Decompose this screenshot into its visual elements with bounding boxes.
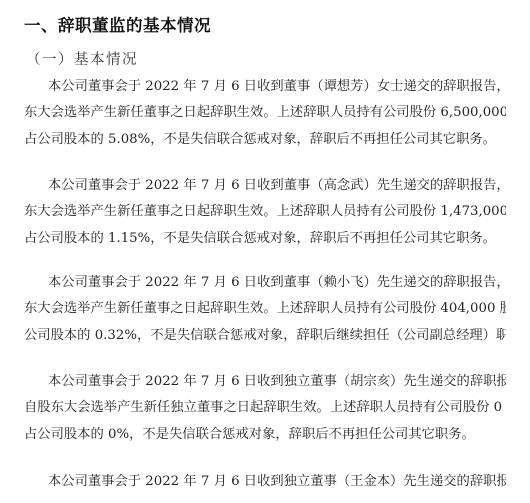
paragraph-line: 本公司董事会于 2022 年 7 月 6 日收到独立董事（胡宗亥）先生递交的辞职…: [24, 369, 506, 395]
paragraph-line: 本公司董事会于 2022 年 7 月 6 日收到董事（赖小飞）先生递交的辞职报告…: [24, 270, 506, 296]
paragraph-line: 公司股本的 0.32%，不是失信联合惩戒对象，辞职后继续担任（公司副总经理）职务…: [24, 323, 506, 349]
paragraph-line: 本公司董事会于 2022 年 7 月 6 日收到董事（高念武）先生递交的辞职报告…: [24, 173, 506, 199]
paragraph-line: 东大会选举产生新任董事之日起辞职生效。上述辞职人员持有公司股份 1,473,00…: [24, 199, 506, 225]
paragraph-resignation-1: 本公司董事会于 2022 年 7 月 6 日收到董事（谭想芳）女士递交的辞职报告…: [24, 74, 506, 153]
paragraph-line: 东大会选举产生新任董事之日起辞职生效。上述辞职人员持有公司股份 404,000 …: [24, 296, 506, 322]
paragraph-line: 自股东大会选举产生新任独立董事之日起辞职生效。上述辞职人员持有公司股份 0 股，: [24, 395, 506, 421]
paragraph-line: 占公司股本的 5.08%，不是失信联合惩戒对象，辞职后不再担任公司其它职务。: [24, 127, 506, 153]
paragraph-resignation-3: 本公司董事会于 2022 年 7 月 6 日收到董事（赖小飞）先生递交的辞职报告…: [24, 270, 506, 349]
paragraph-resignation-5: 本公司董事会于 2022 年 7 月 6 日收到独立董事（王金本）先生递交的辞职…: [24, 469, 506, 495]
paragraph-line: 东大会选举产生新任董事之日起辞职生效。上述辞职人员持有公司股份 6,500,00…: [24, 100, 506, 126]
paragraph-line: 本公司董事会于 2022 年 7 月 6 日收到董事（谭想芳）女士递交的辞职报告…: [24, 74, 506, 100]
paragraph-line: 本公司董事会于 2022 年 7 月 6 日收到独立董事（王金本）先生递交的辞职…: [24, 469, 506, 495]
paragraph-line: 占公司股本的 1.15%，不是失信联合惩戒对象，辞职后不再担任公司其它职务。: [24, 226, 506, 252]
paragraph-resignation-4: 本公司董事会于 2022 年 7 月 6 日收到独立董事（胡宗亥）先生递交的辞职…: [24, 369, 506, 448]
paragraph-resignation-2: 本公司董事会于 2022 年 7 月 6 日收到董事（高念武）先生递交的辞职报告…: [24, 173, 506, 252]
section-title: 一、辞职董监的基本情况: [24, 12, 211, 36]
paragraph-line: 占公司股本的 0%，不是失信联合惩戒对象，辞职后不再担任公司其它职务。: [24, 422, 506, 448]
sub-section-title: （一）基本情况: [26, 48, 138, 69]
